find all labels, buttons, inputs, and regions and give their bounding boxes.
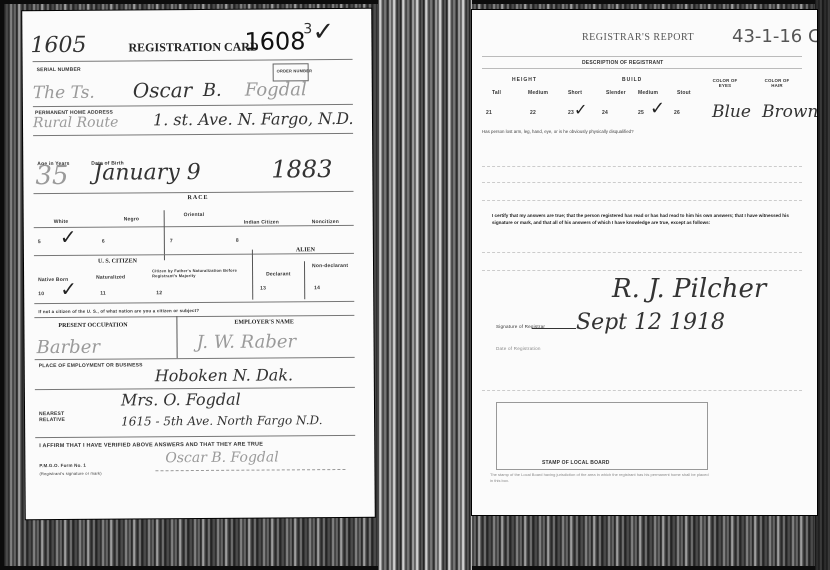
height-header: HEIGHT	[512, 77, 537, 83]
address-prefix: Rural Route	[33, 115, 119, 132]
serial-number-handwritten: 1605	[30, 33, 86, 58]
nearest-relative-label: NEAREST RELATIVE	[39, 411, 69, 423]
occupation-value: Barber	[37, 337, 100, 358]
registrant-first-name: Oscar	[133, 78, 193, 102]
height-check-icon: ✓	[574, 100, 587, 119]
eyes-header: COLOR OF EYES	[710, 78, 740, 88]
date-label: Date of Registration	[496, 346, 541, 351]
build-header: BUILD	[622, 77, 642, 83]
description-header: DESCRIPTION OF REGISTRANT	[582, 60, 663, 66]
permanent-home-address: 1. st. Ave. N. Fargo, N.D.	[153, 109, 354, 129]
height-col-tall: Tall	[492, 90, 501, 96]
citizen-header: U. S. CITIZEN	[98, 258, 137, 264]
employer-header: EMPLOYER'S NAME	[234, 319, 294, 325]
affirm-statement: I AFFIRM THAT I HAVE VERIFIED ABOVE ANSW…	[39, 442, 263, 450]
registration-card-front: 1605 REGISTRATION CARD 1608 3 ✓ SERIAL N…	[22, 9, 375, 519]
order-number-handwritten: 1608	[244, 27, 305, 55]
employment-place-label: PLACE OF EMPLOYMENT OR BUSINESS	[39, 362, 143, 369]
alien-header: ALIEN	[296, 247, 315, 253]
alien-col-nondeclarant: Non-declarant	[312, 263, 352, 269]
serial-number-label: SERIAL NUMBER	[37, 67, 81, 73]
registration-date: Sept 12 1918	[576, 310, 725, 335]
card-title: REGISTRATION CARD	[128, 40, 258, 56]
employment-place-value: Hoboken N. Dak.	[155, 365, 293, 385]
citizen-native-check-icon: ✓	[60, 277, 77, 301]
registrant-middle-initial: B.	[203, 80, 222, 101]
registrar-signature: R. J. Pilcher	[612, 274, 766, 304]
employer-value: J. W. Raber	[196, 331, 296, 353]
occupation-header: PRESENT OCCUPATION	[58, 322, 127, 328]
report-title: REGISTRAR'S REPORT	[582, 32, 694, 43]
race-white-check-icon: ✓	[60, 225, 77, 249]
stamp-footer-note: The stamp of the Local Board having juri…	[490, 472, 710, 484]
height-col-short: Short	[568, 90, 582, 96]
registration-card-back: REGISTRAR'S REPORT 43-1-16 C DESCRIPTION…	[472, 10, 817, 515]
hair-color-value: Brown	[762, 102, 817, 122]
alien-col-declarant: Declarant	[266, 271, 291, 277]
check-mark-icon: ✓	[312, 17, 334, 47]
build-col-medium: Medium	[638, 90, 658, 96]
build-col-stout: Stout	[677, 90, 691, 96]
question-29: Has person lost arm, leg, hand, eye, or …	[482, 128, 802, 135]
build-check-icon: ✓	[650, 98, 665, 119]
build-col-slender: Slender	[606, 90, 626, 96]
hair-header: COLOR OF HAIR	[762, 78, 792, 88]
dob-year: 1883	[271, 155, 332, 183]
name-prefix: The Ts.	[33, 83, 95, 103]
race-col-oriental: Oriental	[184, 212, 205, 218]
signature-caption: (Registrant's signature or mark)	[39, 471, 101, 476]
board-stamp-number: 43-1-16 C	[732, 26, 817, 47]
order-number-superscript: 3	[303, 21, 312, 37]
registrant-last-name: Fogdal	[245, 79, 307, 100]
microfilm-divider-strip	[378, 0, 472, 570]
height-col-medium: Medium	[528, 90, 548, 96]
nearest-relative-address: 1615 - 5th Ave. North Fargo N.D.	[121, 413, 323, 428]
registrant-signature: Oscar B. Fogdal	[165, 449, 278, 466]
race-col-negro: Negro	[124, 216, 139, 222]
race-header: RACE	[188, 195, 209, 201]
form-number: P.M.G.O. Form No. 1	[39, 463, 86, 468]
age-value: 35	[35, 161, 68, 191]
microfilm-edge-strip	[815, 0, 830, 570]
registrar-certification: I certify that my answers are true; that…	[492, 212, 804, 226]
q15-label: If not a citizen of the U. S., of what n…	[38, 308, 199, 314]
eye-color-value: Blue	[712, 102, 751, 122]
citizen-col-by-father: Citizen by Father's Naturalization Befor…	[152, 268, 242, 279]
order-number-label: ORDER NUMBER	[277, 68, 313, 73]
stamp-box-label: STAMP OF LOCAL BOARD	[542, 460, 610, 466]
nearest-relative-name: Mrs. O. Fogdal	[121, 390, 241, 410]
dob-month-day: January 9	[93, 160, 201, 186]
citizen-col-naturalized: Naturalized	[96, 275, 125, 281]
